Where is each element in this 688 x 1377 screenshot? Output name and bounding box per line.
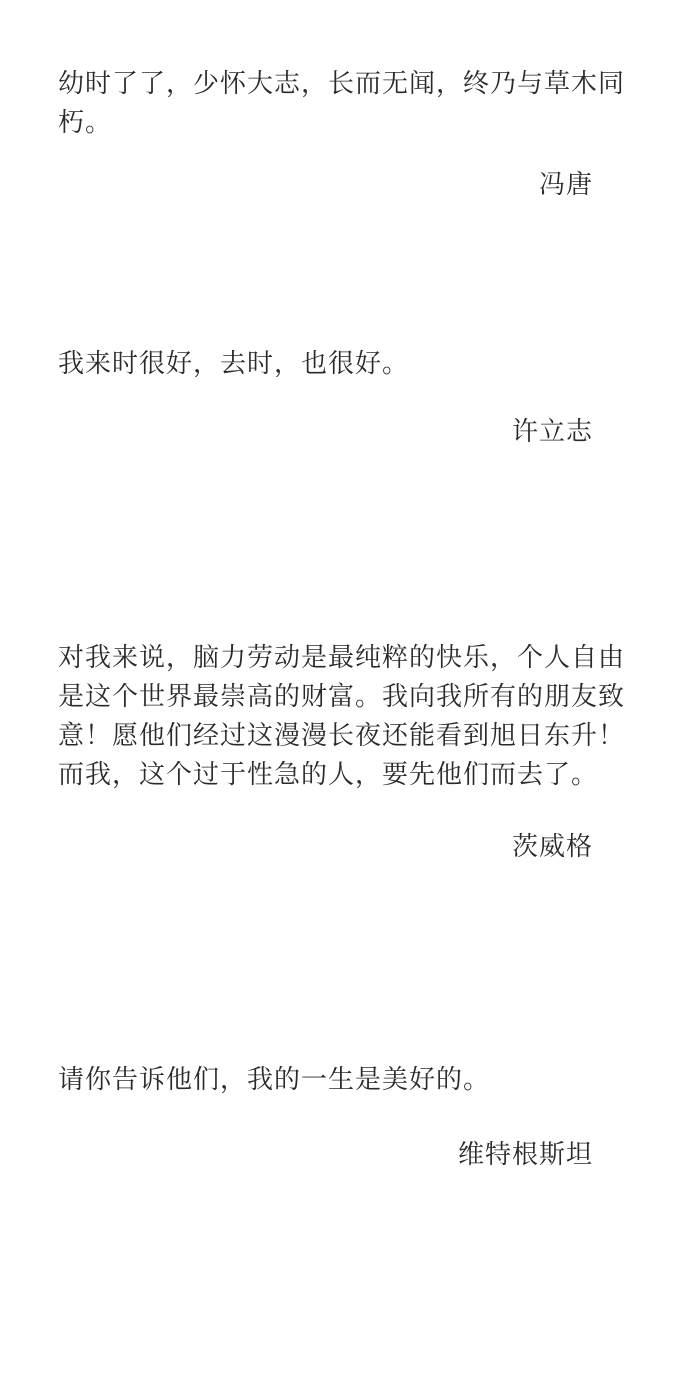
quote-author-feng-tang: 冯唐 [539,170,593,200]
quote-text-xu-lizhi: 我来时很好，去时，也很好。 [58,344,632,383]
quote-author-xu-lizhi: 许立志 [512,417,593,447]
quote-text-zweig: 对我来说，脑力劳动是最纯粹的快乐，个人自由是这个世界最崇高的财富。我向我所有的朋… [58,638,632,794]
quote-text-feng-tang: 幼时了了，少怀大志，长而无闻，终乃与草木同朽。 [58,64,632,142]
quote-author-zweig: 茨威格 [512,832,593,862]
quote-text-wittgenstein: 请你告诉他们，我的一生是美好的。 [58,1060,632,1099]
quote-author-wittgenstein: 维特根斯坦 [458,1140,593,1170]
document-page: 幼时了了，少怀大志，长而无闻，终乃与草木同朽。 冯唐 我来时很好，去时，也很好。… [0,0,688,1377]
